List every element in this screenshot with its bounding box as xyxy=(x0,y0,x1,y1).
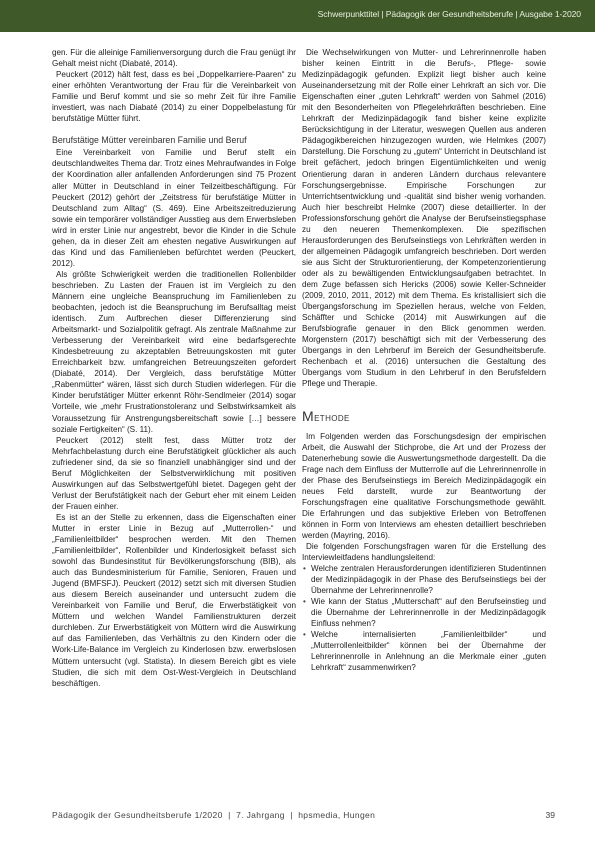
paragraph: Als größte Schwierigkeit werden die trad… xyxy=(52,269,296,435)
paragraph: Eine Vereinbarkeit von Familie und Beruf… xyxy=(52,147,296,269)
research-question: Welche internalisierten „Familienleitbil… xyxy=(302,629,546,673)
running-header-bar: Schwerpunkttitel | Pädagogik der Gesundh… xyxy=(0,0,595,32)
footer-journal-info: Pädagogik der Gesundheitsberufe 1/2020 |… xyxy=(52,810,375,820)
section-title-methode: Methode xyxy=(302,411,546,424)
section-title-initial: M xyxy=(302,408,314,424)
paragraph: Im Folgenden werden das Forschungsdesign… xyxy=(302,431,546,541)
paragraph: Peuckert (2012) stellt fest, dass Mütter… xyxy=(52,435,296,512)
paragraph: Es ist an der Stelle zu erkennen, dass d… xyxy=(52,512,296,689)
page-footer: Pädagogik der Gesundheitsberufe 1/2020 |… xyxy=(52,810,555,820)
subheading: Berufstätige Mütter vereinbaren Familie … xyxy=(52,135,296,146)
page-number: 39 xyxy=(546,810,555,820)
research-question: Wie kann der Status „Mutterschaft“ auf d… xyxy=(302,596,546,629)
paragraph: Die folgenden Forschungsfragen waren für… xyxy=(302,541,546,563)
section-title-rest: ethode xyxy=(314,412,350,424)
paragraph: gen. Für die alleinige Familienversorgun… xyxy=(52,47,296,69)
paragraph: Die Wechselwirkungen von Mutter- und Leh… xyxy=(302,47,546,389)
right-column: Die Wechselwirkungen von Mutter- und Leh… xyxy=(302,47,546,674)
paragraph: Peuckert (2012) hält fest, dass es bei „… xyxy=(52,69,296,124)
left-column: gen. Für die alleinige Familienversorgun… xyxy=(52,47,296,689)
running-header-title: Schwerpunkttitel | Pädagogik der Gesundh… xyxy=(318,9,581,19)
research-questions-list: Welche zentralen Herausforderungen ident… xyxy=(302,563,546,673)
research-question: Welche zentralen Herausforderungen ident… xyxy=(302,563,546,596)
